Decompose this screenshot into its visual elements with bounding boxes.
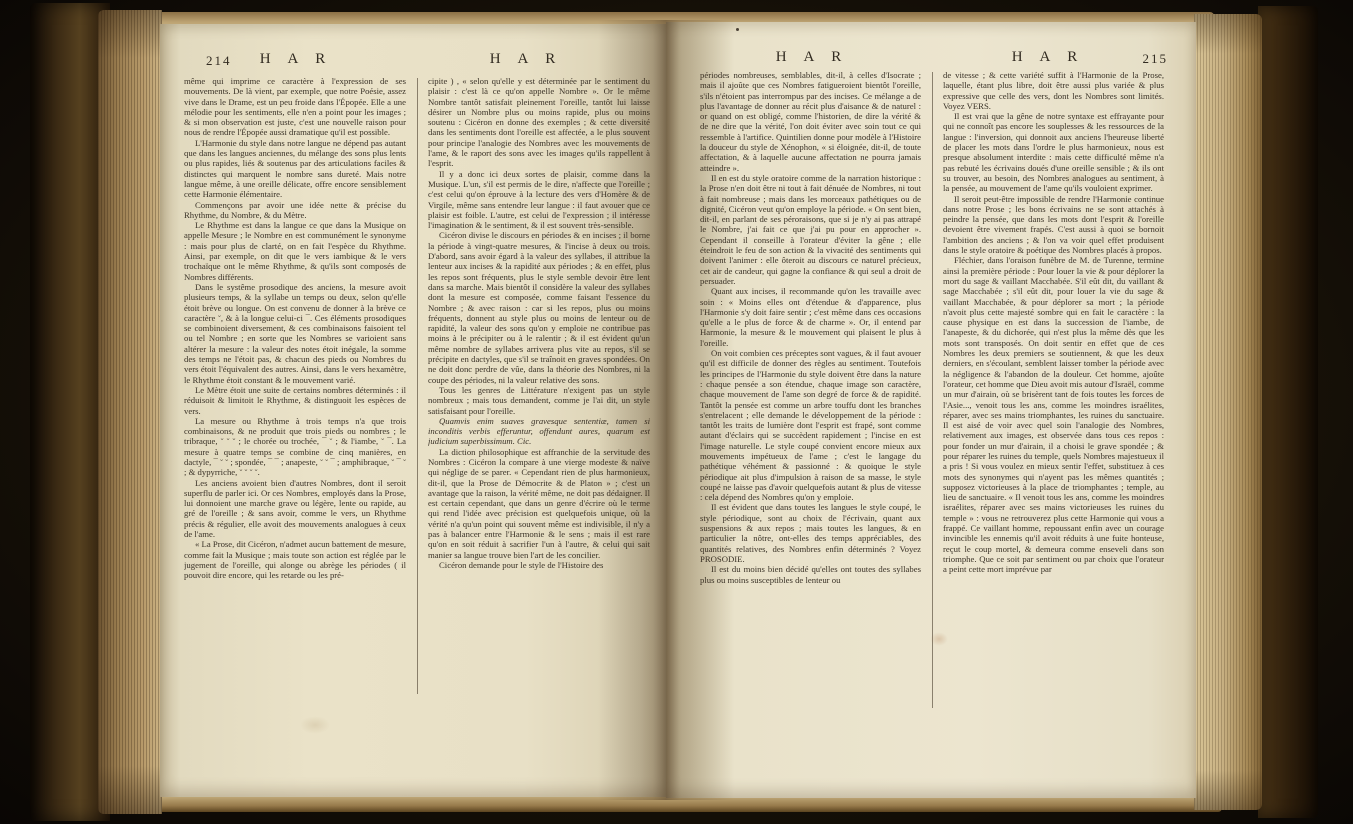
right-page: H A R H A R 215 périodes nombreuses, sem… bbox=[666, 22, 1196, 798]
paragraph: Dans le systême prosodique des anciens, … bbox=[184, 282, 406, 385]
paragraph: Fléchier, dans l'oraison funèbre de M. d… bbox=[943, 255, 1164, 574]
paragraph: Quant aux incises, il recommande qu'on l… bbox=[700, 286, 921, 348]
paragraph: On voit combien ces préceptes sont vague… bbox=[700, 348, 921, 502]
paragraph: périodes nombreuses, semblables, dit-il,… bbox=[700, 70, 921, 173]
paragraph: La diction philosophique est affranchie … bbox=[428, 447, 650, 560]
paragraph: Quamvis enim suaves gravesque sententiæ,… bbox=[428, 416, 650, 447]
text-column: de vitesse ; & cette variété suffit à l'… bbox=[943, 70, 1164, 710]
running-head: H A R bbox=[188, 51, 404, 68]
paragraph: cipite ) , « selon qu'elle y est détermi… bbox=[428, 76, 650, 169]
book-cover-right bbox=[1258, 6, 1318, 818]
running-head: H A R bbox=[418, 51, 634, 68]
paragraph: La mesure ou Rhythme à trois temps n'a q… bbox=[184, 416, 406, 478]
ink-speck bbox=[736, 28, 739, 31]
paragraph: L'Harmonie du style dans notre langue ne… bbox=[184, 138, 406, 200]
paragraph: Il en est du style oratoire comme de la … bbox=[700, 173, 921, 286]
paragraph: de vitesse ; & cette variété suffit à l'… bbox=[943, 70, 1164, 111]
page-edges-right bbox=[1194, 14, 1262, 810]
running-head: H A R bbox=[938, 49, 1158, 66]
running-head: H A R bbox=[702, 49, 922, 66]
page-number-right: 215 bbox=[1143, 51, 1169, 67]
paragraph: même qui imprime ce caractère à l'expres… bbox=[184, 76, 406, 138]
paragraph: Cicéron divise le discours en périodes &… bbox=[428, 230, 650, 384]
text-column: périodes nombreuses, semblables, dit-il,… bbox=[700, 70, 921, 710]
paragraph: Il seroit peut-être impossible de rendre… bbox=[943, 194, 1164, 256]
page-edges-left bbox=[98, 10, 162, 814]
paragraph: Il est vrai que la gêne de notre syntaxe… bbox=[943, 111, 1164, 193]
paragraph: Il est évident que dans toutes les langu… bbox=[700, 502, 921, 564]
text-columns: même qui imprime ce caractère à l'expres… bbox=[184, 76, 650, 696]
paragraph: Tous les genres de Littérature n'exigent… bbox=[428, 385, 650, 416]
paragraph: Le Mètre étoit une suite de certains nom… bbox=[184, 385, 406, 416]
paragraph: Les anciens avoient bien d'autres Nombre… bbox=[184, 478, 406, 540]
paragraph: Le Rhythme est dans la langue ce que dan… bbox=[184, 220, 406, 282]
left-page: 214 H A R H A R même qui imprime ce cara… bbox=[160, 24, 666, 797]
text-columns: périodes nombreuses, semblables, dit-il,… bbox=[700, 70, 1164, 710]
text-column: même qui imprime ce caractère à l'expres… bbox=[184, 76, 406, 696]
column-rule bbox=[417, 78, 418, 694]
paragraph: Cicéron demande pour le style de l'Histo… bbox=[428, 560, 650, 570]
paragraph: Il est du moins bien décidé qu'elles ont… bbox=[700, 564, 921, 585]
column-rule bbox=[932, 72, 933, 708]
paragraph: Commençons par avoir une idée nette & pr… bbox=[184, 200, 406, 221]
paragraph: « La Prose, dit Cicéron, n'admet aucun b… bbox=[184, 539, 406, 580]
photo-background: 214 H A R H A R même qui imprime ce cara… bbox=[0, 0, 1353, 824]
text-column: cipite ) , « selon qu'elle y est détermi… bbox=[428, 76, 650, 696]
paragraph: Il y a donc ici deux sortes de plaisir, … bbox=[428, 169, 650, 231]
